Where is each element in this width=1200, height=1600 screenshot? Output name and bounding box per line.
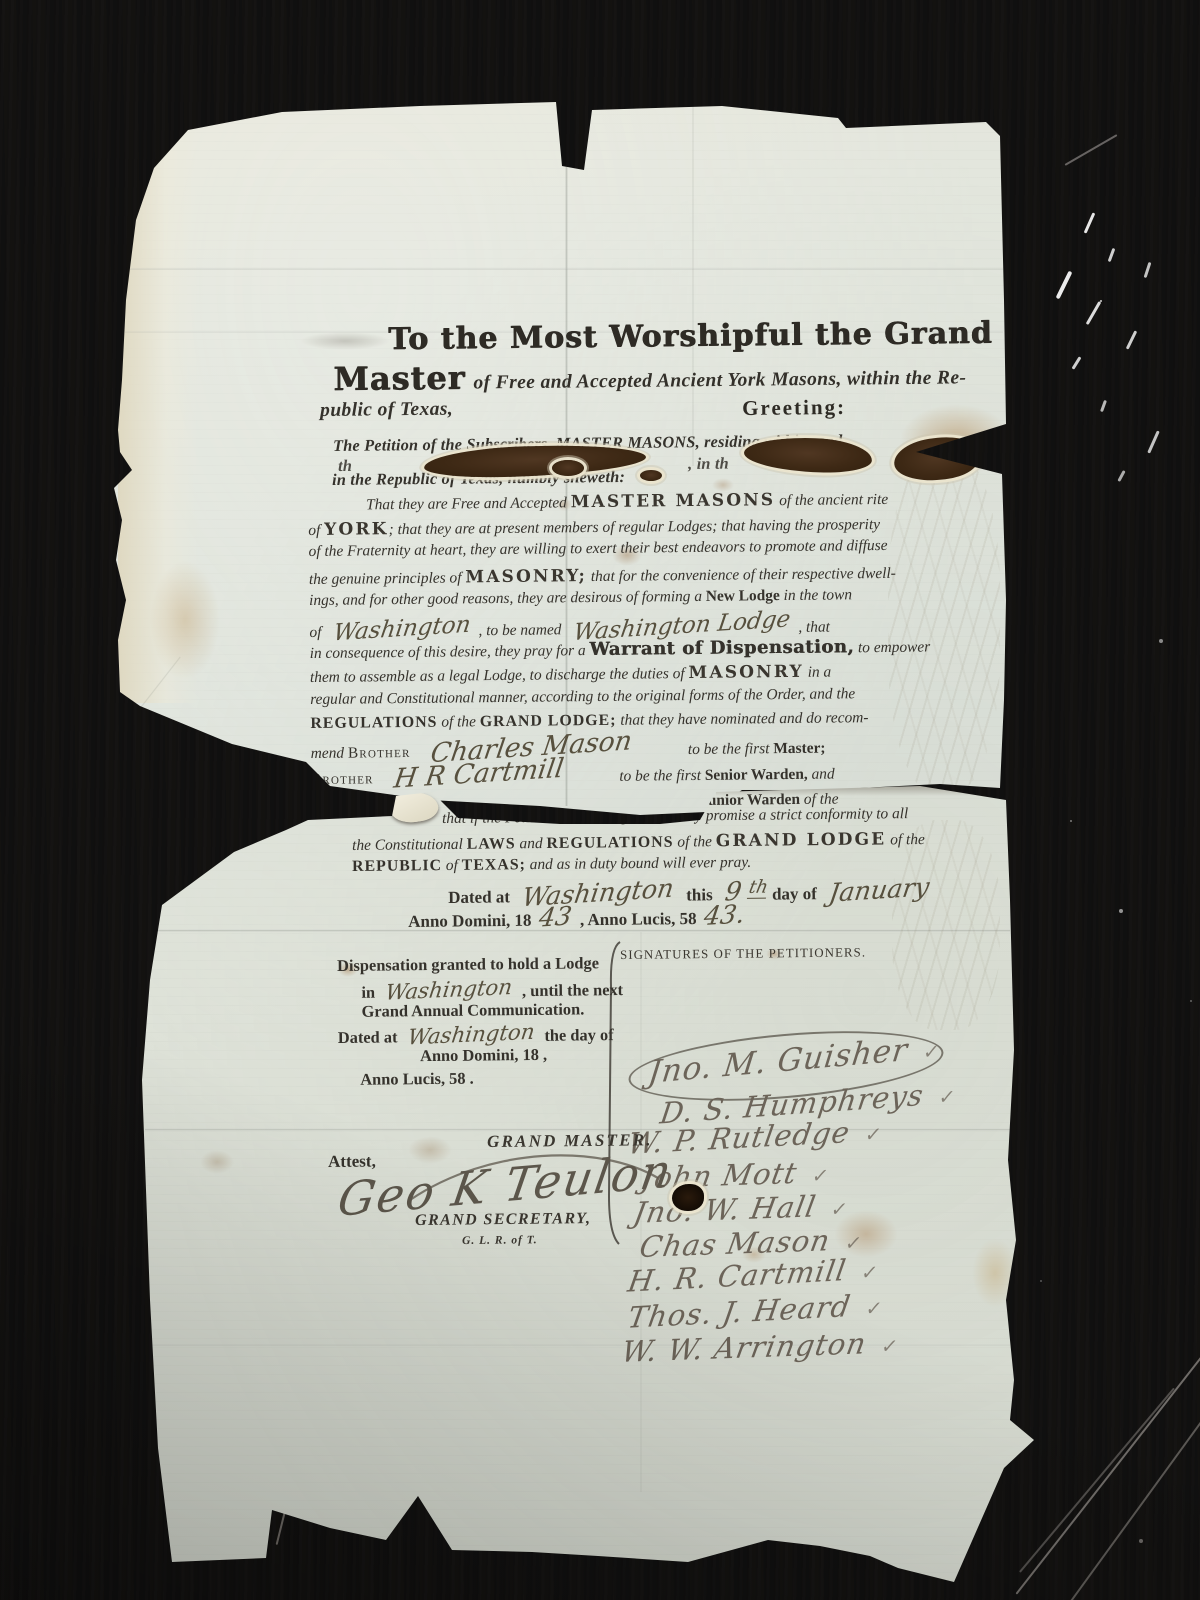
text-segment: MASONRY;: [465, 565, 587, 586]
text-segment: Anno Lucis, 58 .: [360, 1069, 474, 1089]
title-line2-rest: of Free and Accepted Ancient York Masons…: [473, 367, 966, 393]
text-segment: and as in duty bound will ever pray.: [526, 854, 751, 873]
text-segment: ; that they are at present members of re…: [389, 516, 881, 538]
text-segment: in a: [804, 664, 832, 681]
signatures-header: SIGNATURES OF THE PETITIONERS.: [620, 945, 866, 963]
text-segment: , to be named: [478, 621, 565, 639]
greeting-label: Greeting:: [742, 395, 846, 421]
dispensation-line: Anno Lucis, 58 .: [338, 1067, 624, 1093]
dispensation-line: in Washington , until the next: [337, 976, 623, 1002]
torn-hole: [640, 470, 662, 481]
text-segment: of: [309, 624, 325, 641]
text-segment: the genuine principles of: [309, 569, 466, 588]
grand-secretary-label: GRAND SECRETARY,: [415, 1210, 591, 1230]
text-segment: to empower: [854, 638, 930, 656]
text-segment: of the: [437, 714, 480, 731]
petition-torn-fragment: , in th: [688, 454, 729, 474]
text-segment: of the ancient rite: [775, 491, 888, 509]
title-master-word: Master: [333, 359, 466, 398]
text-segment: Brother: [348, 744, 411, 762]
text-segment: Master;: [773, 740, 825, 758]
text-segment: LAWS: [467, 835, 516, 853]
petition-body-paragraph: That they are Free and Accepted MASTER M…: [308, 488, 932, 792]
pencil-smudge: [300, 332, 390, 350]
text-segment: that for the convenience of their respec…: [587, 565, 896, 585]
fold-crease: [125, 268, 1003, 270]
text-segment: and: [808, 765, 835, 782]
text-segment: in the town: [780, 587, 852, 605]
text-segment: MASTER MASONS: [571, 489, 776, 511]
text-segment: REGULATIONS: [310, 714, 437, 732]
text-segment: MASONRY: [688, 661, 804, 682]
document-title-line2: Masterof Free and Accepted Ancient York …: [333, 353, 966, 398]
text-segment: th: [747, 877, 770, 899]
text-segment: TEXAS;: [462, 856, 526, 874]
text-segment: Dispensation granted to hold a Lodge: [337, 953, 599, 975]
jurisdiction-label: G. L. R. of T.: [462, 1234, 538, 1247]
torn-hole: [552, 460, 584, 476]
tick-mark-icon: ✓: [864, 1297, 884, 1320]
document-title-line1: To the Most Worshipful the Grand: [388, 316, 993, 357]
text-segment: Anno Domini, 18: [408, 911, 531, 931]
text-segment: mend: [311, 745, 348, 762]
text-segment: 43.: [702, 899, 747, 932]
text-segment: the Constitutional: [352, 836, 467, 854]
text-segment: GRAND LODGE: [716, 828, 887, 850]
text-segment: YORK: [324, 518, 389, 539]
text-segment: day of: [768, 884, 822, 904]
dispensation-line: Anno Domini, 18 ,: [338, 1044, 624, 1070]
text-segment: That they are Free and Accepted: [366, 494, 571, 513]
tick-mark-icon: ✓: [937, 1086, 957, 1109]
stain: [150, 560, 220, 680]
text-segment: REGULATIONS: [546, 834, 673, 852]
text-segment: to be the first: [619, 767, 705, 785]
document-photo: To the Most Worshipful the Grand Mastero…: [0, 0, 1200, 1600]
title-line3: public of Texas,: [320, 399, 453, 422]
text-segment: of the: [673, 833, 716, 850]
fold-crease: [692, 106, 694, 466]
text-segment: of: [308, 521, 324, 538]
dispensation-line: Grand Annual Communication.: [337, 999, 623, 1025]
text-segment: REPUBLIC: [352, 857, 442, 875]
text-segment: them to assemble as a legal Lodge, to di…: [310, 665, 689, 686]
text-segment: ings, and for other good reasons, they a…: [309, 588, 706, 609]
text-segment: to be the first: [688, 740, 774, 758]
text-segment: of the: [886, 831, 925, 848]
dispensation-block: Dispensation granted to hold a Lodge in …: [337, 953, 624, 1093]
text-segment: Dated at: [338, 1028, 402, 1048]
tick-mark-icon: ✓: [922, 1040, 942, 1064]
text-segment: of: [442, 857, 462, 874]
text-segment: , that: [798, 619, 830, 636]
anno-domini-line: Anno Domini, 1843, Anno Lucis, 5843.: [408, 900, 753, 928]
dispensation-line: Dispensation granted to hold a Lodge: [337, 953, 623, 979]
text-segment: and: [516, 835, 547, 852]
stain: [200, 1150, 234, 1174]
text-segment: that they have nominated and do recom-: [616, 709, 868, 729]
text-segment: Senior Warden,: [705, 766, 808, 784]
text-segment: , Anno Lucis, 58: [580, 909, 697, 929]
fold-crease: [150, 929, 1010, 932]
dust-speckles: [1100, 300, 1102, 302]
text-segment: New Lodge: [706, 587, 780, 605]
text-segment: 43: [537, 901, 574, 933]
text-segment: in: [361, 982, 379, 1001]
dispensation-line: Dated at Washington the day of: [338, 1021, 624, 1047]
